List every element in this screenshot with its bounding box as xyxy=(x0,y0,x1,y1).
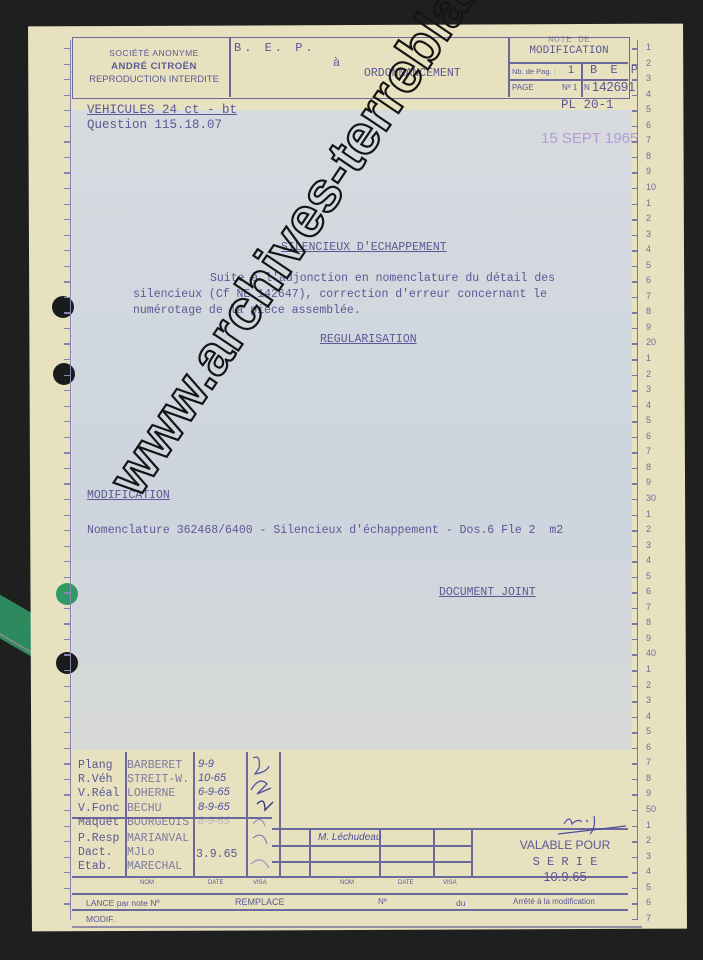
ruler-tick xyxy=(64,717,71,718)
page-label: PAGE xyxy=(512,83,534,92)
ruler-tick xyxy=(64,546,71,547)
ruler-label: 4 xyxy=(646,555,651,565)
note-number: 142691 xyxy=(592,79,635,94)
to-word: à xyxy=(333,56,340,70)
ruler-tick xyxy=(632,219,638,221)
ruler-tick xyxy=(632,732,638,734)
ruler-tick xyxy=(632,515,638,517)
ruler-label: 9 xyxy=(646,633,651,643)
ruler-tick xyxy=(64,297,71,298)
ruler-tick xyxy=(632,421,638,423)
reproduction-notice: REPRODUCTION INTERDITE xyxy=(78,74,230,85)
ruler-label: 1 xyxy=(646,820,651,830)
ruler-tick xyxy=(632,717,638,719)
ruler-label: 3 xyxy=(646,229,651,239)
form-title-top: NOTE DE xyxy=(511,36,627,44)
handwritten-name: M. Léchudeau xyxy=(318,832,381,843)
ruler-tick xyxy=(632,281,638,283)
ruler-tick xyxy=(632,872,638,874)
ruler-tick xyxy=(64,343,71,344)
serie-label: S E R I E xyxy=(505,855,625,869)
ruler-label: 2 xyxy=(646,58,651,68)
ruler-label: 9 xyxy=(646,477,651,487)
paragraph-line: silencieux (Cf NE 142647), correction d'… xyxy=(133,288,547,301)
ruler-tick xyxy=(64,141,71,142)
ruler-label: 7 xyxy=(646,913,651,923)
ruler-tick xyxy=(64,64,71,65)
ruler-tick xyxy=(64,266,71,267)
ruler-label: 5 xyxy=(646,415,651,425)
ruler-label: 1 xyxy=(646,42,651,52)
ruler-label: 3 xyxy=(646,73,651,83)
divider xyxy=(471,828,473,876)
question-ref: Question 115.18.07 xyxy=(87,118,222,132)
ruler-label: 4 xyxy=(646,244,651,254)
ruler-tick xyxy=(64,421,71,422)
ruler-tick xyxy=(64,312,71,313)
role-etab: Etab. xyxy=(78,860,119,874)
sign-date: 9-9 xyxy=(198,757,230,771)
col-date-2: DATE xyxy=(398,880,414,886)
ruler-tick xyxy=(632,592,638,594)
ruler-label: 6 xyxy=(646,120,651,130)
nb-pages-label: Nb. de Pag. : xyxy=(512,67,556,76)
ruler-tick xyxy=(64,810,71,811)
ruler-tick xyxy=(632,779,638,781)
role-maquet: Maquet xyxy=(78,816,119,830)
ruler-tick xyxy=(64,204,71,205)
ruler-label: 1 xyxy=(646,353,651,363)
ruler-tick xyxy=(64,748,71,749)
ruler-label: 40 xyxy=(646,648,656,658)
signer-name: STREIT-W. xyxy=(127,773,189,787)
lance-label: LANCE par note Nº xyxy=(86,898,160,908)
ruler-label: 5 xyxy=(646,260,651,270)
ruler-tick xyxy=(64,79,71,80)
ruler-tick xyxy=(632,826,638,828)
ruler-label: 5 xyxy=(646,726,651,736)
ruler-tick xyxy=(632,686,638,688)
signer-name: MARIANVAL xyxy=(127,832,189,846)
role-presp: P.Resp xyxy=(78,832,119,846)
ruler-label: 6 xyxy=(646,897,651,907)
divider xyxy=(581,62,583,97)
ruler-label: 9 xyxy=(646,322,651,332)
ruler-tick xyxy=(64,592,71,593)
ruler-tick xyxy=(64,172,71,173)
ruler-tick xyxy=(632,468,638,470)
visa-signatures xyxy=(247,754,279,878)
ruler-label: 1 xyxy=(646,198,651,208)
ruler-label: 6 xyxy=(646,431,651,441)
ruler-label: 7 xyxy=(646,135,651,145)
document-joint: DOCUMENT JOINT xyxy=(439,586,536,599)
ruler-tick xyxy=(64,437,71,438)
page-number: Nº 1 xyxy=(562,83,577,92)
ruler-tick xyxy=(632,919,638,921)
ruler-tick xyxy=(64,219,71,220)
ruler-tick xyxy=(64,561,71,562)
remplace-label: REMPLACE xyxy=(235,897,285,907)
ruler-label: 6 xyxy=(646,275,651,285)
ruler-label: 50 xyxy=(646,804,656,814)
role-plang: Plang xyxy=(78,759,119,773)
col-nom-2: NOM xyxy=(340,880,354,886)
ruler-tick xyxy=(64,623,71,624)
ruler-tick xyxy=(64,452,71,453)
ruler-label: 4 xyxy=(646,400,651,410)
col-visa: VISA xyxy=(253,880,267,886)
ruler-tick xyxy=(632,141,638,143)
signer-name: LOHERNE xyxy=(127,787,189,801)
ruler-label: 8 xyxy=(646,462,651,472)
ruler-tick xyxy=(64,188,71,189)
role-dact: Dact. xyxy=(78,846,119,860)
divider xyxy=(309,828,311,876)
punch-hole-green xyxy=(56,583,78,605)
regularisation-heading: REGULARISATION xyxy=(320,333,417,346)
ruler-tick xyxy=(632,406,638,408)
ruler-label: 6 xyxy=(646,586,651,596)
ruler-tick xyxy=(632,188,638,190)
ruler-tick xyxy=(632,857,638,859)
ruler-tick xyxy=(64,779,71,780)
ruler-label: 4 xyxy=(646,711,651,721)
valid-for-label: VALABLE POUR xyxy=(505,838,625,852)
ruler-tick xyxy=(64,857,71,858)
company-name: ANDRÉ CITROËN xyxy=(80,61,228,72)
ruler-tick xyxy=(632,483,638,485)
signer-name: BARBERET xyxy=(127,759,189,773)
right-ruler: 1234567891012345678920123456789301234567… xyxy=(637,40,678,920)
col-nom: NOM xyxy=(140,880,154,886)
ruler-tick xyxy=(632,64,638,66)
ruler-tick xyxy=(632,608,638,610)
ruler-label: 1 xyxy=(646,509,651,519)
ruler-tick xyxy=(632,390,638,392)
ruler-tick xyxy=(632,748,638,750)
ruler-tick xyxy=(64,406,71,407)
from-dept: B. E. P. xyxy=(234,41,316,55)
ruler-tick xyxy=(64,888,71,889)
ruler-label: 2 xyxy=(646,213,651,223)
role-column: Plang R.Véh V.Réal V.Fonc Maquet P.Resp … xyxy=(78,759,119,875)
ruler-tick xyxy=(64,826,71,827)
divider xyxy=(433,828,435,876)
ruler-tick xyxy=(632,126,638,128)
ruler-label: 2 xyxy=(646,835,651,845)
ruler-tick xyxy=(64,483,71,484)
ruler-tick xyxy=(632,95,638,97)
nb-pages-value: 1 xyxy=(568,64,574,76)
divider xyxy=(508,37,510,97)
vehicles-ref: VEHICULES 24 ct - bt xyxy=(87,103,237,117)
ruler-label: 9 xyxy=(646,166,651,176)
col-date: DATE xyxy=(208,880,224,886)
serie-date: 10.9.65 xyxy=(505,869,625,884)
ruler-tick xyxy=(64,48,71,49)
ruler-tick xyxy=(64,903,71,904)
ruler-tick xyxy=(632,561,638,563)
ruler-tick xyxy=(64,359,71,360)
ruler-label: 5 xyxy=(646,571,651,581)
ruler-tick xyxy=(632,452,638,454)
ruler-label: 10 xyxy=(646,182,656,192)
form-title: MODIFICATION xyxy=(511,45,627,57)
ruler-tick xyxy=(64,515,71,516)
divider xyxy=(272,861,472,863)
ruler-tick xyxy=(632,297,638,299)
ruler-tick xyxy=(64,110,71,111)
modification-line: Nomenclature 362468/6400 - Silencieux d'… xyxy=(87,524,563,537)
signer-name: MARECHAL xyxy=(127,860,189,874)
divider xyxy=(193,752,195,876)
ruler-label: 7 xyxy=(646,602,651,612)
ruler-tick xyxy=(632,110,638,112)
ruler-tick xyxy=(632,157,638,159)
ruler-label: 3 xyxy=(646,851,651,861)
company-type: SOCIÉTÉ ANONYME xyxy=(80,48,228,58)
ruler-tick xyxy=(632,172,638,174)
divider xyxy=(229,37,231,97)
name-column: BARBERET STREIT-W. LOHERNE BECHU BOURGEO… xyxy=(127,759,189,875)
ruler-tick xyxy=(64,328,71,329)
role-rveh: R.Véh xyxy=(78,773,119,787)
ruler-tick xyxy=(64,235,71,236)
ruler-tick xyxy=(632,312,638,314)
ruler-label: 3 xyxy=(646,695,651,705)
ruler-label: 2 xyxy=(646,680,651,690)
ruler-tick xyxy=(632,250,638,252)
ruler-tick xyxy=(64,608,71,609)
ruler-label: 7 xyxy=(646,291,651,301)
role-vreal: V.Réal xyxy=(78,787,119,801)
arrete-label: Arrêté à la modification xyxy=(513,897,595,906)
ruler-tick xyxy=(632,577,638,579)
dact-date: 3.9.65 xyxy=(196,848,237,861)
ruler-tick xyxy=(632,530,638,532)
ruler-tick xyxy=(64,686,71,687)
ruler-tick xyxy=(64,872,71,873)
divider xyxy=(72,893,628,895)
ruler-tick xyxy=(632,266,638,268)
ruler-tick xyxy=(632,499,638,501)
ruler-label: 2 xyxy=(646,524,651,534)
ruler-label: 7 xyxy=(646,446,651,456)
ruler-tick xyxy=(632,437,638,439)
ruler-tick xyxy=(632,810,638,812)
ruler-tick xyxy=(632,841,638,843)
sign-date: 8-9-65 xyxy=(198,814,230,828)
left-ruler xyxy=(70,40,71,920)
ruler-tick xyxy=(632,763,638,765)
signer-name: MJLo xyxy=(127,846,189,860)
ruler-tick xyxy=(64,250,71,251)
ruler-tick xyxy=(64,468,71,469)
ruler-tick xyxy=(632,903,638,905)
date-column: 9-9 10-65 6-9-65 8-9-65 8-9-65 xyxy=(198,757,230,828)
ruler-tick xyxy=(64,390,71,391)
ruler-label: 3 xyxy=(646,384,651,394)
ruler-label: 4 xyxy=(646,866,651,876)
ruler-tick xyxy=(632,328,638,330)
ruler-label: 8 xyxy=(646,151,651,161)
bottom-ruler xyxy=(72,926,642,928)
ruler-label: 20 xyxy=(646,337,656,347)
ruler-tick xyxy=(632,623,638,625)
ruler-tick xyxy=(632,375,638,377)
ruler-tick xyxy=(64,701,71,702)
ruler-tick xyxy=(64,639,71,640)
ruler-tick xyxy=(632,639,638,641)
ruler-label: 4 xyxy=(646,89,651,99)
ruler-tick xyxy=(632,235,638,237)
divider xyxy=(279,752,281,876)
no-label: Nº xyxy=(378,897,387,906)
ruler-tick xyxy=(632,888,638,890)
signer-name: BOURGEOIS xyxy=(127,816,189,830)
ruler-tick xyxy=(64,499,71,500)
ruler-label: 8 xyxy=(646,306,651,316)
sign-date: 6-9-65 xyxy=(198,785,230,799)
role-vfonc: V.Fonc xyxy=(78,802,119,816)
ruler-label: 9 xyxy=(646,788,651,798)
ruler-tick xyxy=(64,530,71,531)
pl-ref: PL 20-1 xyxy=(561,98,614,112)
ruler-label: 8 xyxy=(646,617,651,627)
ruler-tick xyxy=(64,732,71,733)
ruler-tick xyxy=(632,204,638,206)
sign-date: 8-9-65 xyxy=(198,800,230,814)
ruler-tick xyxy=(632,701,638,703)
ruler-label: 30 xyxy=(646,493,656,503)
ruler-tick xyxy=(632,343,638,345)
ruler-label: 5 xyxy=(646,104,651,114)
signer-name: BECHU xyxy=(127,802,189,816)
ruler-tick xyxy=(64,763,71,764)
ruler-label: 8 xyxy=(646,773,651,783)
divider xyxy=(72,909,628,911)
ruler-tick xyxy=(64,670,71,671)
ruler-tick xyxy=(64,157,71,158)
ruler-tick xyxy=(632,670,638,672)
ruler-label: 7 xyxy=(646,757,651,767)
ruler-label: 3 xyxy=(646,540,651,550)
ruler-tick xyxy=(632,359,638,361)
manager-signature xyxy=(556,812,626,836)
ruler-label: 6 xyxy=(646,742,651,752)
ruler-tick xyxy=(632,48,638,50)
ruler-label: 5 xyxy=(646,882,651,892)
ruler-label: 2 xyxy=(646,369,651,379)
ruler-tick xyxy=(64,95,71,96)
sign-date: 10-65 xyxy=(198,771,230,785)
du-label: du xyxy=(456,898,465,908)
ruler-tick xyxy=(64,654,71,655)
ruler-tick xyxy=(632,794,638,796)
ruler-tick xyxy=(632,546,638,548)
ruler-tick xyxy=(632,654,638,656)
ruler-tick xyxy=(64,577,71,578)
service-code: B E P xyxy=(590,63,641,77)
ruler-tick xyxy=(64,375,71,376)
ruler-tick xyxy=(64,281,71,282)
ruler-label: 1 xyxy=(646,664,651,674)
ruler-tick xyxy=(632,79,638,81)
ruler-tick xyxy=(64,126,71,127)
ruler-tick xyxy=(64,841,71,842)
modif-label: MODIF. xyxy=(86,914,115,924)
date-stamp: 15 SEPT 1965 xyxy=(541,130,638,147)
col-visa-2: VISA xyxy=(443,880,457,886)
ruler-tick xyxy=(64,794,71,795)
divider xyxy=(272,845,472,847)
note-no-prefix: N xyxy=(584,83,590,92)
